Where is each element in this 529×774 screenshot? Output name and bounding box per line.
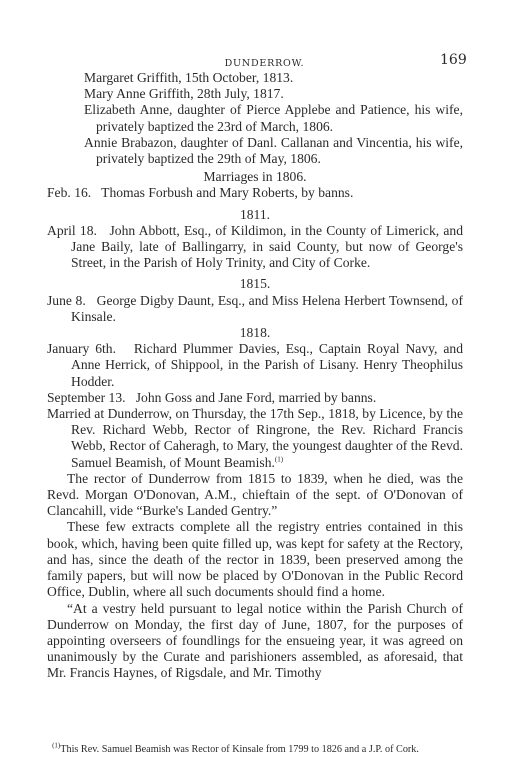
baptism-entry: Annie Brabazon, daughter of Danl. Callan… — [84, 135, 463, 167]
footnote-text: This Rev. Samuel Beamish was Rector of K… — [60, 744, 419, 755]
marriage-entry: April 18. John Abbott, Esq., of Kildimon… — [47, 223, 463, 272]
book-page: DUNDERROW. 169 Margaret Griffith, 15th O… — [0, 0, 529, 774]
marriage-entry: June 8. George Digby Daunt, Esq., and Mi… — [47, 293, 463, 325]
entry-date: September 13. — [47, 390, 126, 405]
section-heading-marriages: Marriages in 1806. — [47, 169, 463, 185]
baptism-entry: Margaret Griffith, 15th October, 1813. — [84, 70, 463, 86]
marriage-entry: January 6th. Richard Plummer Davies, Esq… — [47, 341, 463, 390]
footnote: (1)This Rev. Samuel Beamish was Rector o… — [47, 743, 465, 756]
baptism-entry: Mary Anne Griffith, 28th July, 1817. — [84, 86, 463, 102]
baptism-entry: Elizabeth Anne, daughter of Pierce Apple… — [84, 102, 463, 134]
entry-date: April 18. — [47, 223, 97, 238]
paragraph: The rector of Dunderrow from 1815 to 183… — [47, 471, 463, 520]
page-body: Margaret Griffith, 15th October, 1813. M… — [47, 70, 463, 682]
entry-date: June 8. — [47, 293, 86, 308]
paragraph: These few extracts complete all the regi… — [47, 519, 463, 600]
baptism-list: Margaret Griffith, 15th October, 1813. M… — [84, 70, 463, 167]
footnote-reference: (1) — [275, 455, 283, 463]
entry-text: George Digby Daunt, Esq., and Miss Helen… — [71, 293, 463, 324]
entry-date: January 6th. — [47, 341, 116, 356]
entry-date: Feb. 16. — [47, 185, 91, 200]
year-heading-1818: 1818. — [47, 325, 463, 341]
marriage-entry: September 13. John Goss and Jane Ford, m… — [47, 390, 463, 406]
entry-text: John Abbott, Esq., of Kildimon, in the C… — [71, 223, 463, 270]
entry-text: Married at Dunderrow, on Thursday, the 1… — [47, 406, 463, 470]
entry-text: Richard Plummer Davies, Esq., Captain Ro… — [71, 341, 463, 388]
page-number: 169 — [440, 52, 467, 68]
entry-text: John Goss and Jane Ford, married by bann… — [136, 390, 377, 405]
year-heading-1815: 1815. — [47, 276, 463, 292]
marriage-entry: Married at Dunderrow, on Thursday, the 1… — [47, 406, 463, 471]
paragraph: “At a vestry held pursuant to legal noti… — [47, 601, 463, 682]
year-heading-1811: 1811. — [47, 207, 463, 223]
entry-text: Thomas Forbush and Mary Roberts, by bann… — [101, 185, 353, 200]
marriage-entry: Feb. 16. Thomas Forbush and Mary Roberts… — [47, 185, 463, 201]
